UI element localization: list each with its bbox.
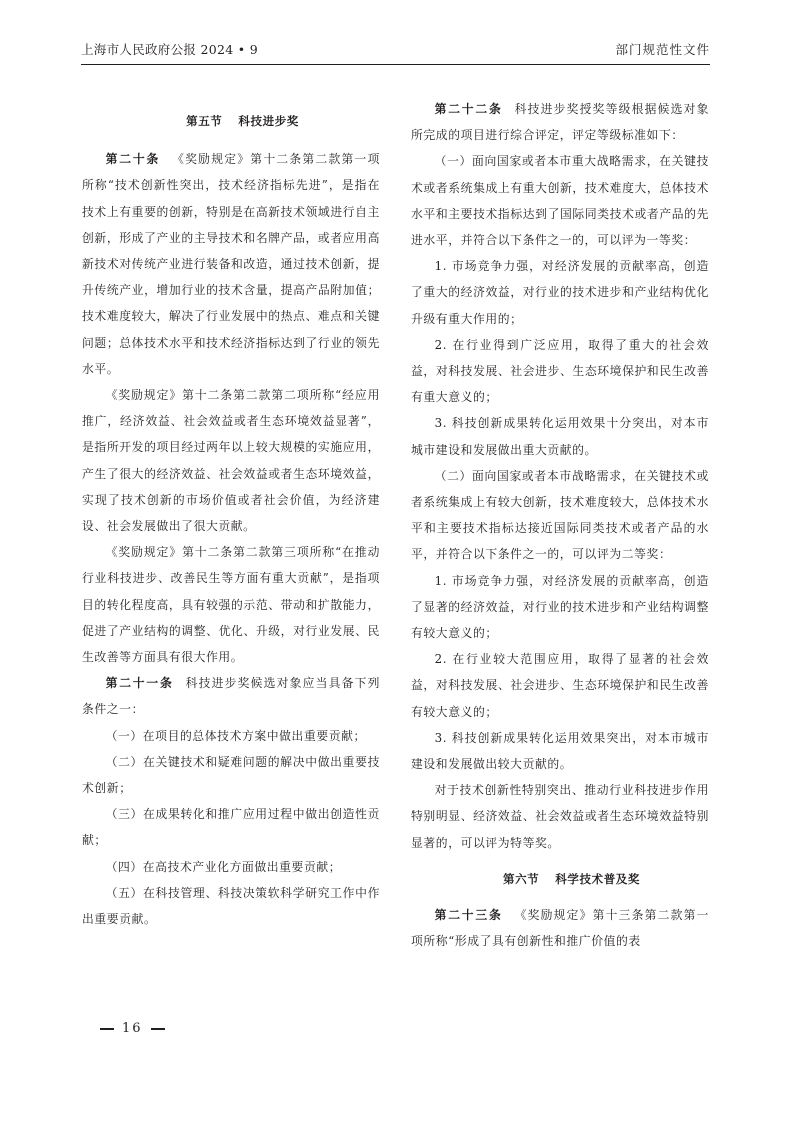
header-divider [81,64,710,65]
first-prize-item: 2. 在行业得到广泛应用，取得了重大的社会效益，对科技发展、社会进步、生态环境保… [411,332,709,411]
section-number: 第五节 [186,114,222,128]
article-21-intro: 第二十一条科技进步奖候选对象应当具备下列条件之一： [82,670,380,722]
page-number-text: 16 [122,1021,143,1036]
article-label: 第二十三条 [435,908,503,922]
first-prize-item: 1. 市场竞争力强，对经济发展的贡献率高，创造了重大的经济效益，对行业的技术进步… [411,253,709,332]
section-title-6: 第六节科学技术普及奖 [411,866,709,892]
dash-decoration [100,1028,114,1030]
article-22-intro: 第二十二条科技进步奖授奖等级根据候选对象所完成的项目进行综合评定，评定等级标准如… [411,96,709,148]
article-20-paragraph-1: 第二十条《奖励规定》第十二条第二款第一项所称“技术创新性突出，技术经济指标先进”… [82,146,380,382]
article-20-paragraph-3: 《奖励规定》第十二条第二款第三项所称“在推动行业科技进步、改善民生等方面有重大贡… [82,539,380,670]
article-21-item: （三）在成果转化和推广应用过程中做出创造性贡献； [82,801,380,853]
section-number: 第六节 [503,872,539,886]
article-text: 《奖励规定》第十二条第二款第一项所称“技术创新性突出，技术经济指标先进”，是指在… [82,152,380,376]
article-23-paragraph-1: 第二十三条《奖励规定》第十三条第二款第一项所称“形成了具有创新性和推广价值的表 [411,902,709,954]
right-column: 第二十二条科技进步奖授奖等级根据候选对象所完成的项目进行综合评定，评定等级标准如… [411,96,709,955]
first-prize-criteria: （一）面向国家或者本市重大战略需求，在关键技术或者系统集成上有重大创新，技术难度… [411,148,709,253]
section-name: 科技进步奖 [238,114,299,128]
article-label: 第二十条 [106,152,161,166]
special-prize-criteria: 对于技术创新性特别突出、推动行业科技进步作用特别明显、经济效益、社会效益或者生态… [411,777,709,856]
second-prize-item: 1. 市场竞争力强，对经济发展的贡献率高，创造了显著的经济效益，对行业的技术进步… [411,568,709,647]
dash-decoration [151,1028,165,1030]
publication-title: 上海市人民政府公报 2024 • 9 [81,40,258,58]
section-name: 科学技术普及奖 [555,872,640,886]
section-title-5: 第五节科技进步奖 [82,108,380,134]
article-21-item: （二）在关键技术和疑难问题的解决中做出重要技术创新； [82,749,380,801]
page-number: 16 [92,1021,173,1036]
article-21-item: （一）在项目的总体技术方案中做出重要贡献； [82,723,380,749]
second-prize-item: 2. 在行业较大范围应用，取得了显著的社会效益，对科技发展、社会进步、生态环境保… [411,646,709,725]
running-header: 上海市人民政府公报 2024 • 9 部门规范性文件 [81,38,710,62]
first-prize-item: 3. 科技创新成果转化运用效果十分突出，对本市城市建设和发展做出重大贡献的。 [411,410,709,462]
left-column: 第五节科技进步奖 第二十条《奖励规定》第十二条第二款第一项所称“技术创新性突出，… [82,96,380,932]
article-21-item: （五）在科技管理、科技决策软科学研究工作中作出重要贡献。 [82,880,380,932]
article-label: 第二十二条 [435,102,503,116]
document-category: 部门规范性文件 [615,40,710,58]
second-prize-item: 3. 科技创新成果转化运用效果突出，对本市城市建设和发展做出较大贡献的。 [411,725,709,777]
article-21-item: （四）在高技术产业化方面做出重要贡献； [82,854,380,880]
article-label: 第二十一条 [106,676,174,690]
second-prize-criteria: （二）面向国家或者本市战略需求，在关键技术或者系统集成上有较大创新，技术难度较大… [411,463,709,568]
article-20-paragraph-2: 《奖励规定》第十二条第二款第二项所称“经应用推广，经济效益、社会效益或者生态环境… [82,382,380,539]
